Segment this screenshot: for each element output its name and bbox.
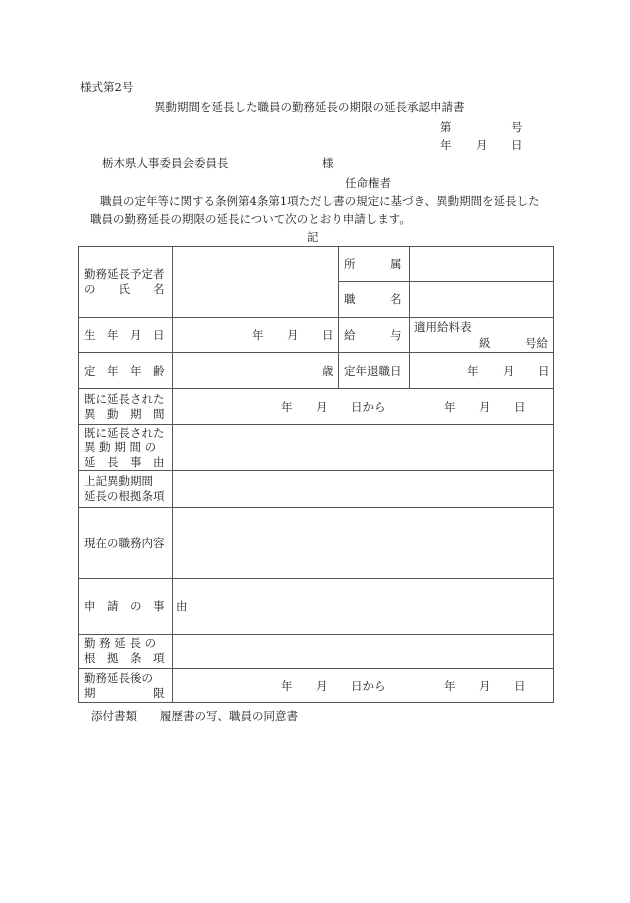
birthdate-day: 日 xyxy=(322,328,334,342)
addressee: 栃木県人事委員会委員長 xyxy=(102,156,229,170)
retirement-date-label: 定年退職日 xyxy=(344,364,402,378)
salary-label: 給 与 xyxy=(344,328,402,342)
term-from-year: 年 xyxy=(281,679,293,693)
term-from-month: 月 xyxy=(316,679,328,693)
attachments-label: 添付書類 xyxy=(91,709,137,723)
name-label-line2: の 氏 名 xyxy=(84,282,165,296)
honorific: 様 xyxy=(322,156,334,170)
duties-label: 現在の職務内容 xyxy=(84,536,165,550)
ext-term-label-line2: 期 限 xyxy=(84,686,165,700)
basis-label-line2: 延長の根拠条項 xyxy=(84,489,165,503)
term-to-year: 年 xyxy=(444,679,456,693)
row-line xyxy=(78,388,554,389)
extension-reason-field[interactable] xyxy=(173,425,553,469)
ext-basis-label-line1: 勤 務 延 長 の xyxy=(84,636,156,650)
age-unit: 歳 xyxy=(322,364,334,378)
form-number: 様式第2号 xyxy=(80,80,133,94)
affiliation-label: 所 属 xyxy=(344,257,402,271)
salary-grade-unit: 級 xyxy=(479,336,491,350)
retirement-date-year: 年 xyxy=(467,364,479,378)
birthdate-year: 年 xyxy=(252,328,264,342)
birthdate-label: 生 年 月 日 xyxy=(84,328,165,342)
term-to-month: 月 xyxy=(479,679,491,693)
ext-basis-field[interactable] xyxy=(173,635,553,667)
name-field[interactable] xyxy=(173,247,337,316)
row-line xyxy=(78,352,554,353)
position-field[interactable] xyxy=(410,282,553,316)
affiliation-field[interactable] xyxy=(410,247,553,280)
doc-number-prefix: 第 xyxy=(440,120,452,134)
application-reason-field[interactable] xyxy=(173,579,553,633)
extension-reason-label-line3: 延 長 事 由 xyxy=(84,455,165,469)
name-label-line1: 勤務延長予定者 xyxy=(84,267,165,281)
application-reason-label: 申 請 の 事 由 xyxy=(84,599,188,613)
period-from-month: 月 xyxy=(316,400,328,414)
doc-number-suffix: 号 xyxy=(511,120,523,134)
document-title: 異動期間を延長した職員の勤務延長の期限の延長承認申請書 xyxy=(154,100,465,114)
term-from-day: 日から xyxy=(351,679,386,693)
birthdate-month: 月 xyxy=(287,328,299,342)
basis-field[interactable] xyxy=(173,471,553,506)
ki-heading: 記 xyxy=(307,230,319,244)
period-from-year: 年 xyxy=(281,400,293,414)
retirement-date-day: 日 xyxy=(538,364,550,378)
period-to-year: 年 xyxy=(444,400,456,414)
extension-reason-label-line2: 異 動 期 間 の xyxy=(84,440,156,454)
position-label: 職 名 xyxy=(344,292,402,306)
duties-field[interactable] xyxy=(173,508,553,577)
body-text-line2: 職員の勤務延長の期限の延長について次のとおり申請します。 xyxy=(90,212,411,226)
date-day: 日 xyxy=(511,138,523,152)
attachments-list: 履歴書の写、職員の同意書 xyxy=(160,709,298,723)
period-to-day: 日 xyxy=(514,400,526,414)
term-to-day: 日 xyxy=(514,679,526,693)
appointer: 任命権者 xyxy=(345,176,391,190)
retirement-age-label: 定 年 年 齢 xyxy=(84,364,165,378)
extended-period-label-line1: 既に延長された xyxy=(84,392,165,406)
row-line xyxy=(78,668,554,669)
period-from-day: 日から xyxy=(351,400,386,414)
retirement-date-month: 月 xyxy=(503,364,515,378)
salary-table-label: 適用給料表 xyxy=(414,320,472,334)
body-text-line1: 職員の定年等に関する条例第4条第1項ただし書の規定に基づき、異動期間を延長した xyxy=(100,194,540,208)
ext-basis-label-line2: 根 拠 条 項 xyxy=(84,651,165,665)
period-to-month: 月 xyxy=(479,400,491,414)
extended-period-label-line2: 異 動 期 間 xyxy=(84,407,165,421)
salary-step-unit: 号給 xyxy=(525,336,548,350)
basis-label-line1: 上記異動期間 xyxy=(84,474,153,488)
row-line xyxy=(78,317,554,318)
date-month: 月 xyxy=(476,138,488,152)
extension-reason-label-line1: 既に延長された xyxy=(84,426,165,440)
ext-term-label-line1: 勤務延長後の xyxy=(84,671,153,685)
date-year: 年 xyxy=(440,138,452,152)
